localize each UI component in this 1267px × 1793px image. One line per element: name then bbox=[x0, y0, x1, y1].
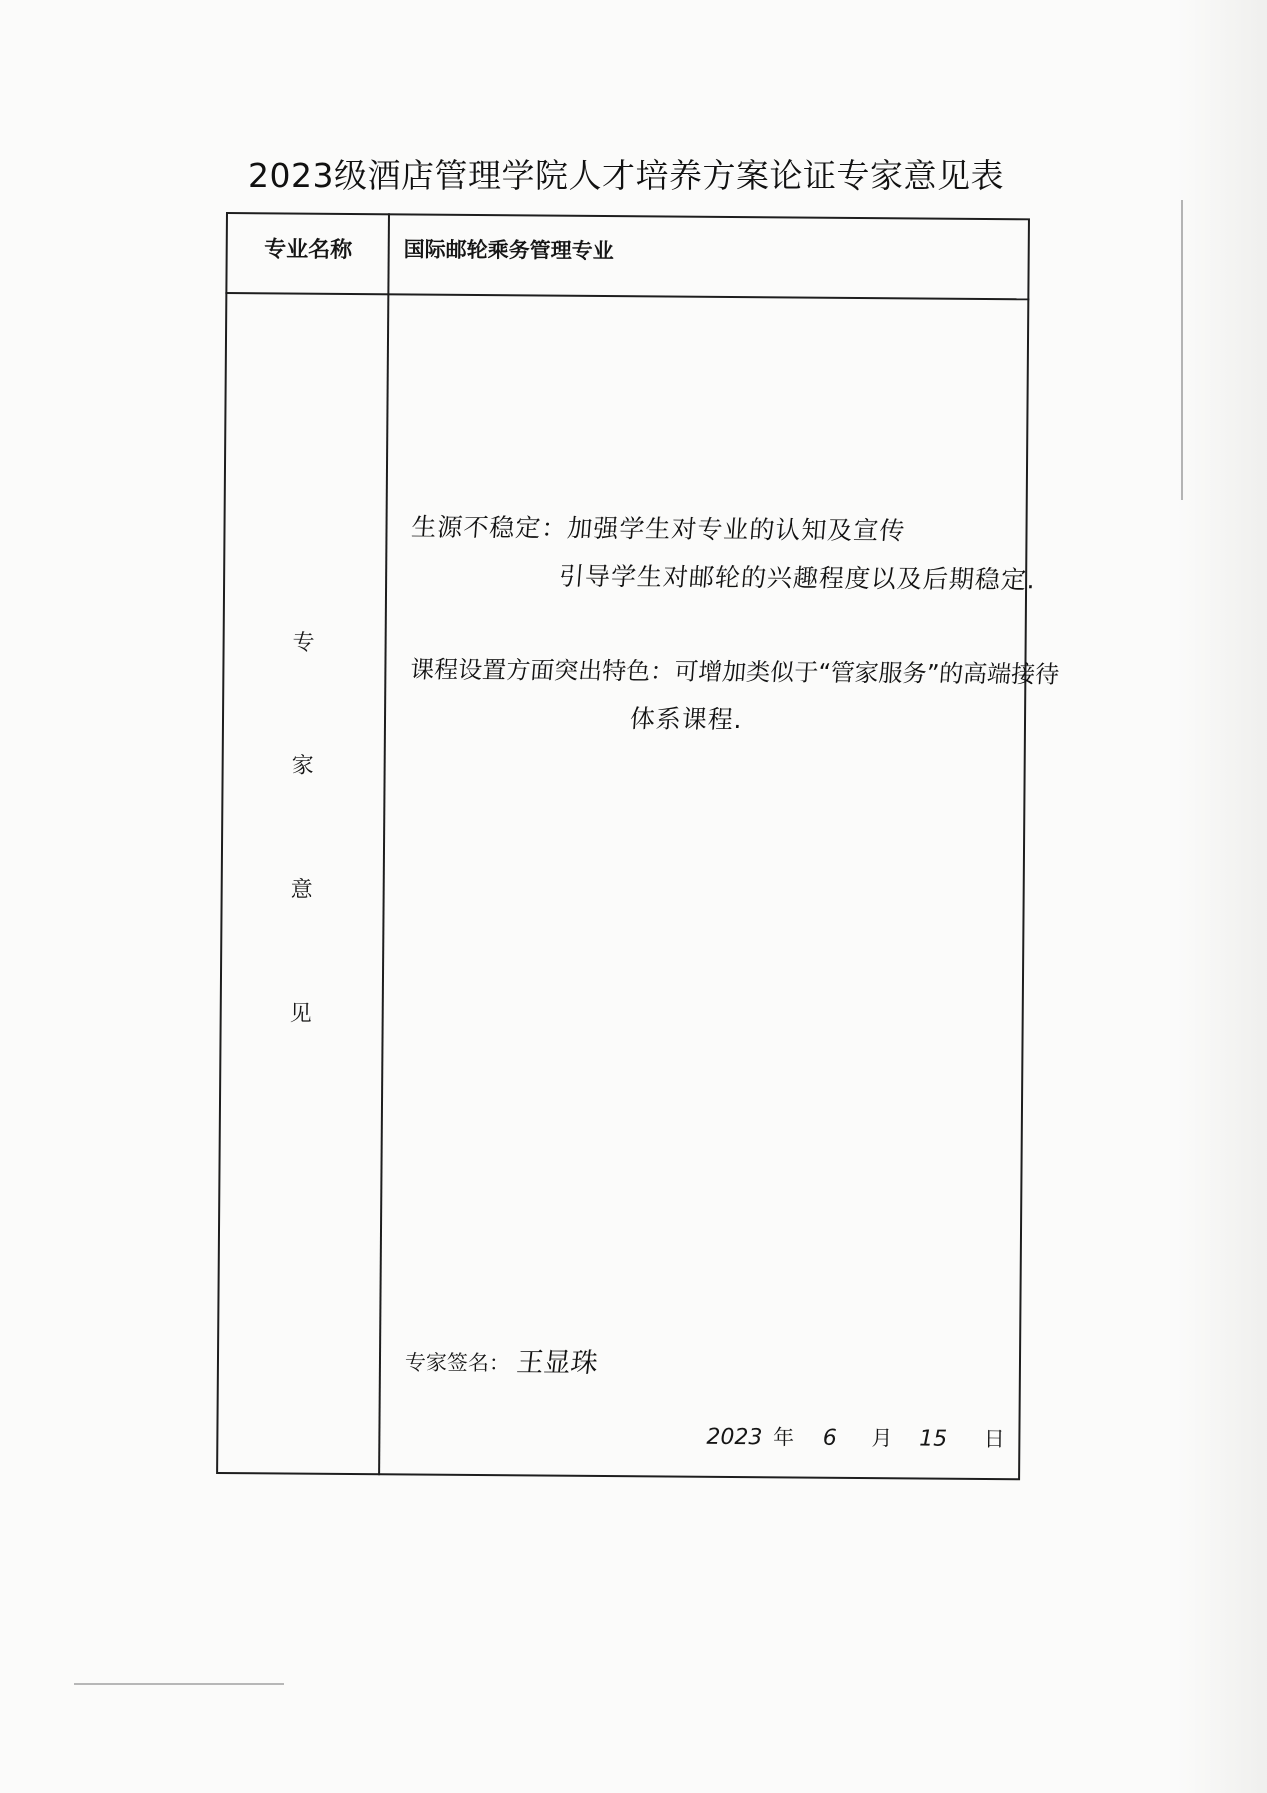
opinion-1-line-2: 引导学生对邮轮的兴趣程度以及后期稳定. bbox=[558, 557, 1038, 597]
table-border bbox=[216, 212, 1030, 1480]
signature-label: 专家签名： bbox=[405, 1346, 510, 1377]
scan-edge-shadow bbox=[1177, 0, 1267, 1793]
scan-bottom-mark bbox=[74, 1683, 284, 1685]
major-name-value: 国际邮轮乘务管理专业 bbox=[404, 233, 614, 265]
major-name-label: 专业名称 bbox=[236, 232, 381, 264]
opinion-label-char: 专 bbox=[223, 625, 385, 657]
date-month: 6 bbox=[823, 1426, 837, 1451]
opinion-form-table: 专业名称 国际邮轮乘务管理专业 专 家 意 见 生源不稳定：加强学生对专业的认知… bbox=[216, 212, 1030, 1480]
opinion-label-char: 家 bbox=[222, 748, 384, 780]
date-month-unit: 月 bbox=[871, 1422, 892, 1452]
signature-name: 王显珠 bbox=[515, 1340, 600, 1380]
opinion-label-char: 意 bbox=[221, 872, 383, 904]
opinion-2-line-1: 课程设置方面突出特色：可增加类似于“管家服务”的高端接待 bbox=[409, 649, 1061, 689]
opinion-2-line-2: 体系课程. bbox=[629, 699, 745, 736]
date-day-unit: 日 bbox=[984, 1423, 1005, 1453]
date-year: 2023 bbox=[706, 1425, 762, 1450]
document-title: 2023级酒店管理学院人才培养方案论证专家意见表 bbox=[248, 150, 1008, 197]
date-year-unit: 年 bbox=[773, 1421, 794, 1451]
opinion-label-char: 见 bbox=[220, 996, 382, 1028]
opinion-1-line-1: 生源不稳定：加强学生对专业的认知及宣传 bbox=[410, 507, 907, 547]
date-day: 15 bbox=[919, 1426, 947, 1451]
signature-date: 2023 年 6 月 15 日 bbox=[706, 1421, 1005, 1453]
scan-edge-line bbox=[1181, 200, 1183, 500]
